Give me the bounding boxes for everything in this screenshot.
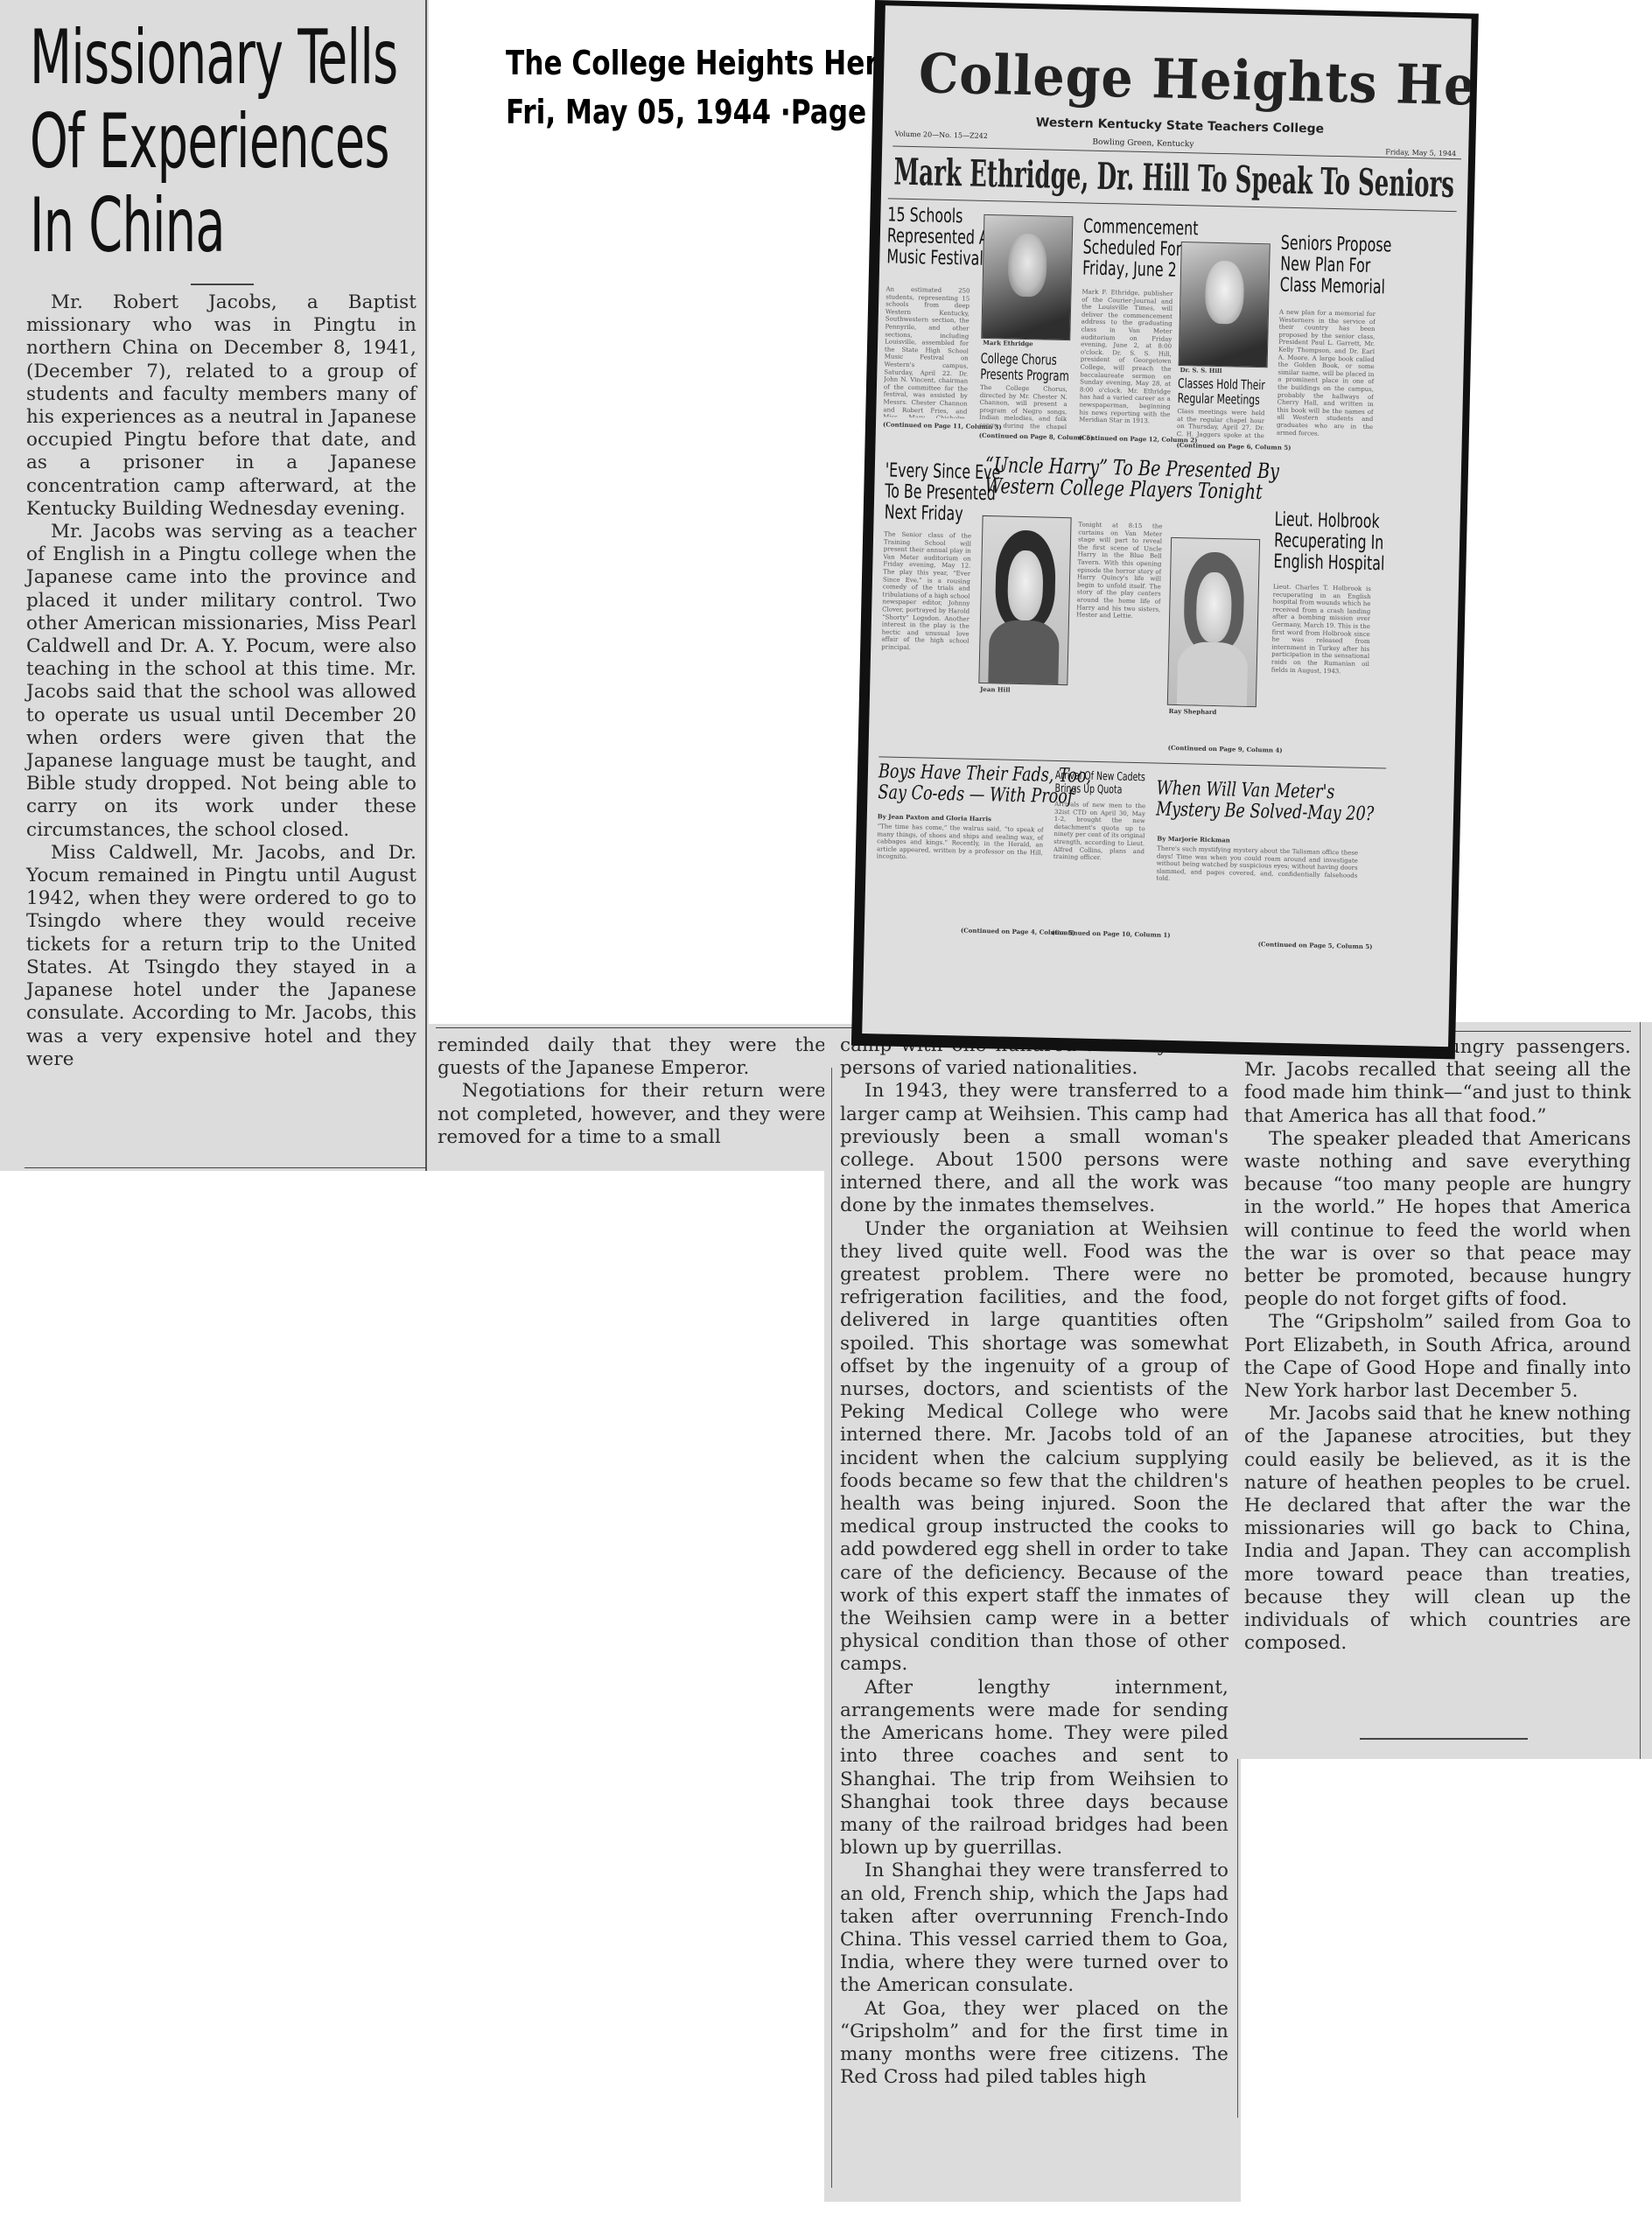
continuation-note: (Continued on Page 10, Column 1) [1052,928,1171,939]
story-boys-fads: “The time has come,” the walrus said, “t… [875,823,1043,922]
paragraph: Mr. Robert Jacobs, a Baptist missionary … [26,291,416,521]
article-clip-column-1: Missionary Tells Of Experiences In China… [0,0,429,1171]
article-column-1: Mr. Robert Jacobs, a Baptist missionary … [26,291,416,1071]
headline-music-festival: 15 SchoolsRepresented AtMusic Festival [886,205,994,270]
headline-class-memorial: Seniors ProposeNew Plan ForClass Memoria… [1279,234,1391,299]
headline-college-chorus: College ChorusPresents Program [980,351,1069,384]
photo-jean-hill [978,515,1071,685]
story-van-meter-mystery: There's such mystifying mystery about th… [1155,845,1358,937]
byline: By Jean Paxton and Gloria Harris [878,812,991,823]
end-rule [1360,1738,1528,1740]
photo-caption: Dr. S. S. Hill [1179,366,1221,375]
headline-van-meter-mystery: When Will Van Meter'sMystery Be Solved-M… [1156,779,1375,826]
byline: By Marjorie Rickman [1157,835,1230,844]
story-music-festival: An estimated 250 students, representing … [883,285,969,418]
issue-date-page: Fri, May 05, 1944 ·Page 4 [506,88,926,137]
paragraph: The speaker pleaded that Americans waste… [1244,1128,1631,1312]
paragraph: Negotiations for their return were not c… [437,1080,826,1149]
story-ever-since-eve: The Senior class of the Training School … [879,530,972,751]
story-uncle-harry: Tonight at 8:15 the curtains on Van Mete… [1074,521,1163,750]
photo-ray-shephard [1167,537,1260,707]
paragraph: In 1943, they were transferred to a larg… [840,1080,1228,1217]
volume-number: Volume 20—No. 15—Z242 [894,130,988,140]
banner-headline: Mark Ethridge, Dr. Hill To Speak To Seni… [893,151,1455,207]
paragraph: Mr. Jacobs was serving as a teacher of E… [26,521,416,842]
headline-text: “Uncle Harry” To Be Presented ByWestern … [984,454,1279,503]
front-page-thumbnail: College Heights Herald Volume 20—No. 15—… [851,0,1479,1059]
source-caption: The College Heights Herald Fri, May 05, … [506,39,926,137]
headline-classes-meetings: Classes Hold TheirRegular Meetings [1178,376,1265,408]
masthead-location: Bowling Green, Kentucky [1092,138,1193,150]
paragraph: After lengthy internment, arrangements w… [840,1677,1228,1860]
front-page: College Heights Herald Volume 20—No. 15—… [862,5,1471,1047]
story-commencement: Mark F. Ethridge, publisher of the Couri… [1079,288,1173,430]
headline-text: Lieut. HolbrookRecuperating InEnglish Ho… [1273,510,1385,576]
headline-holbrook: Lieut. HolbrookRecuperating InEnglish Ho… [1273,510,1385,576]
continuation-note: (Continued on Page 9, Column 4) [1168,744,1283,754]
headline-line-2: Of Experiences [30,100,397,184]
newspaper-name: The College Heights Herald [506,39,926,88]
headline-line-3: In China [30,184,397,268]
article-clip-column-4: with food for the hungry passengers. Mr.… [1235,1022,1652,1759]
masthead: College Heights Herald [918,41,1471,120]
photo-dr-hill [1179,242,1270,368]
headline-line-1: Missionary Tells [30,16,397,100]
headline-text: When Will Van Meter'sMystery Be Solved-M… [1156,779,1375,826]
article-column-2: reminded daily that they were the guests… [437,1034,826,1149]
story-college-chorus: The College Chorus, directed by Mr. Ches… [979,384,1067,430]
paragraph: Under the organiation at Weihsien they l… [840,1218,1228,1677]
headline-new-cadets: Arrival Of New CadetsBrings Up Quota [1054,769,1145,797]
photo-caption: Ray Shephard [1169,707,1217,716]
column-bottom-rule [24,1167,429,1168]
article-column-3: camp with one hundred and fifty other pe… [840,1034,1228,2089]
photo-caption: Jean Hill [980,685,1011,694]
headline-rule [191,284,254,285]
photo-caption: Mark Ethridge [983,339,1033,347]
masthead-subtitle: Western Kentucky State Teachers College [1036,116,1325,136]
continuation-note: (Continued on Page 6, Column 5) [1176,441,1291,452]
article-headline: Missionary Tells Of Experiences In China [30,16,429,268]
paragraph: In Shanghai they were transferred to an … [840,1860,1228,1997]
column-divider [1640,1022,1641,1759]
headline-text: Classes Hold TheirRegular Meetings [1178,376,1265,408]
story-holbrook: Lieut. Charles T. Holbrook is recuperati… [1269,583,1371,760]
story-class-memorial: A new plan for a memorial for Westerners… [1277,309,1375,442]
paragraph: Miss Caldwell, Mr. Jacobs, and Dr. Yocum… [26,842,416,1071]
front-page-date: Friday, May 5, 1944 [1385,148,1456,158]
paragraph: Mr. Jacobs said that he knew nothing of … [1244,1403,1631,1655]
story-new-cadets: Arrivals of new men to the 32ist CTD on … [1052,801,1145,925]
headline-text: Arrival Of New CadetsBrings Up Quota [1054,769,1145,797]
paragraph: The “Gripsholm” sailed from Goa to Port … [1244,1311,1631,1403]
story-classes-meetings: Class meetings were held at the regular … [1177,408,1265,439]
headline-text: 15 SchoolsRepresented AtMusic Festival [886,205,994,270]
paragraph: At Goa, they wer placed on the “Gripshol… [840,1998,1228,2090]
photo-mark-ethridge [981,214,1073,340]
article-column-4: with food for the hungry passengers. Mr.… [1244,1036,1631,1655]
article-clip-column-3: camp with one hundred and fifty other pe… [824,1024,1241,2202]
column-top-rule [436,1027,831,1028]
headline-text: College ChorusPresents Program [980,351,1069,384]
headline-uncle-harry: “Uncle Harry” To Be Presented ByWestern … [984,454,1279,503]
article-clip-column-2: reminded daily that they were the guests… [427,1024,831,1171]
column-divider [831,1068,832,2188]
headline-text: Seniors ProposeNew Plan ForClass Memoria… [1279,234,1391,299]
continuation-note: (Continued on Page 8, Column 5) [979,431,1094,442]
paragraph: reminded daily that they were the guests… [437,1034,826,1080]
continuation-note: (Continued on Page 5, Column 5) [1258,940,1373,950]
